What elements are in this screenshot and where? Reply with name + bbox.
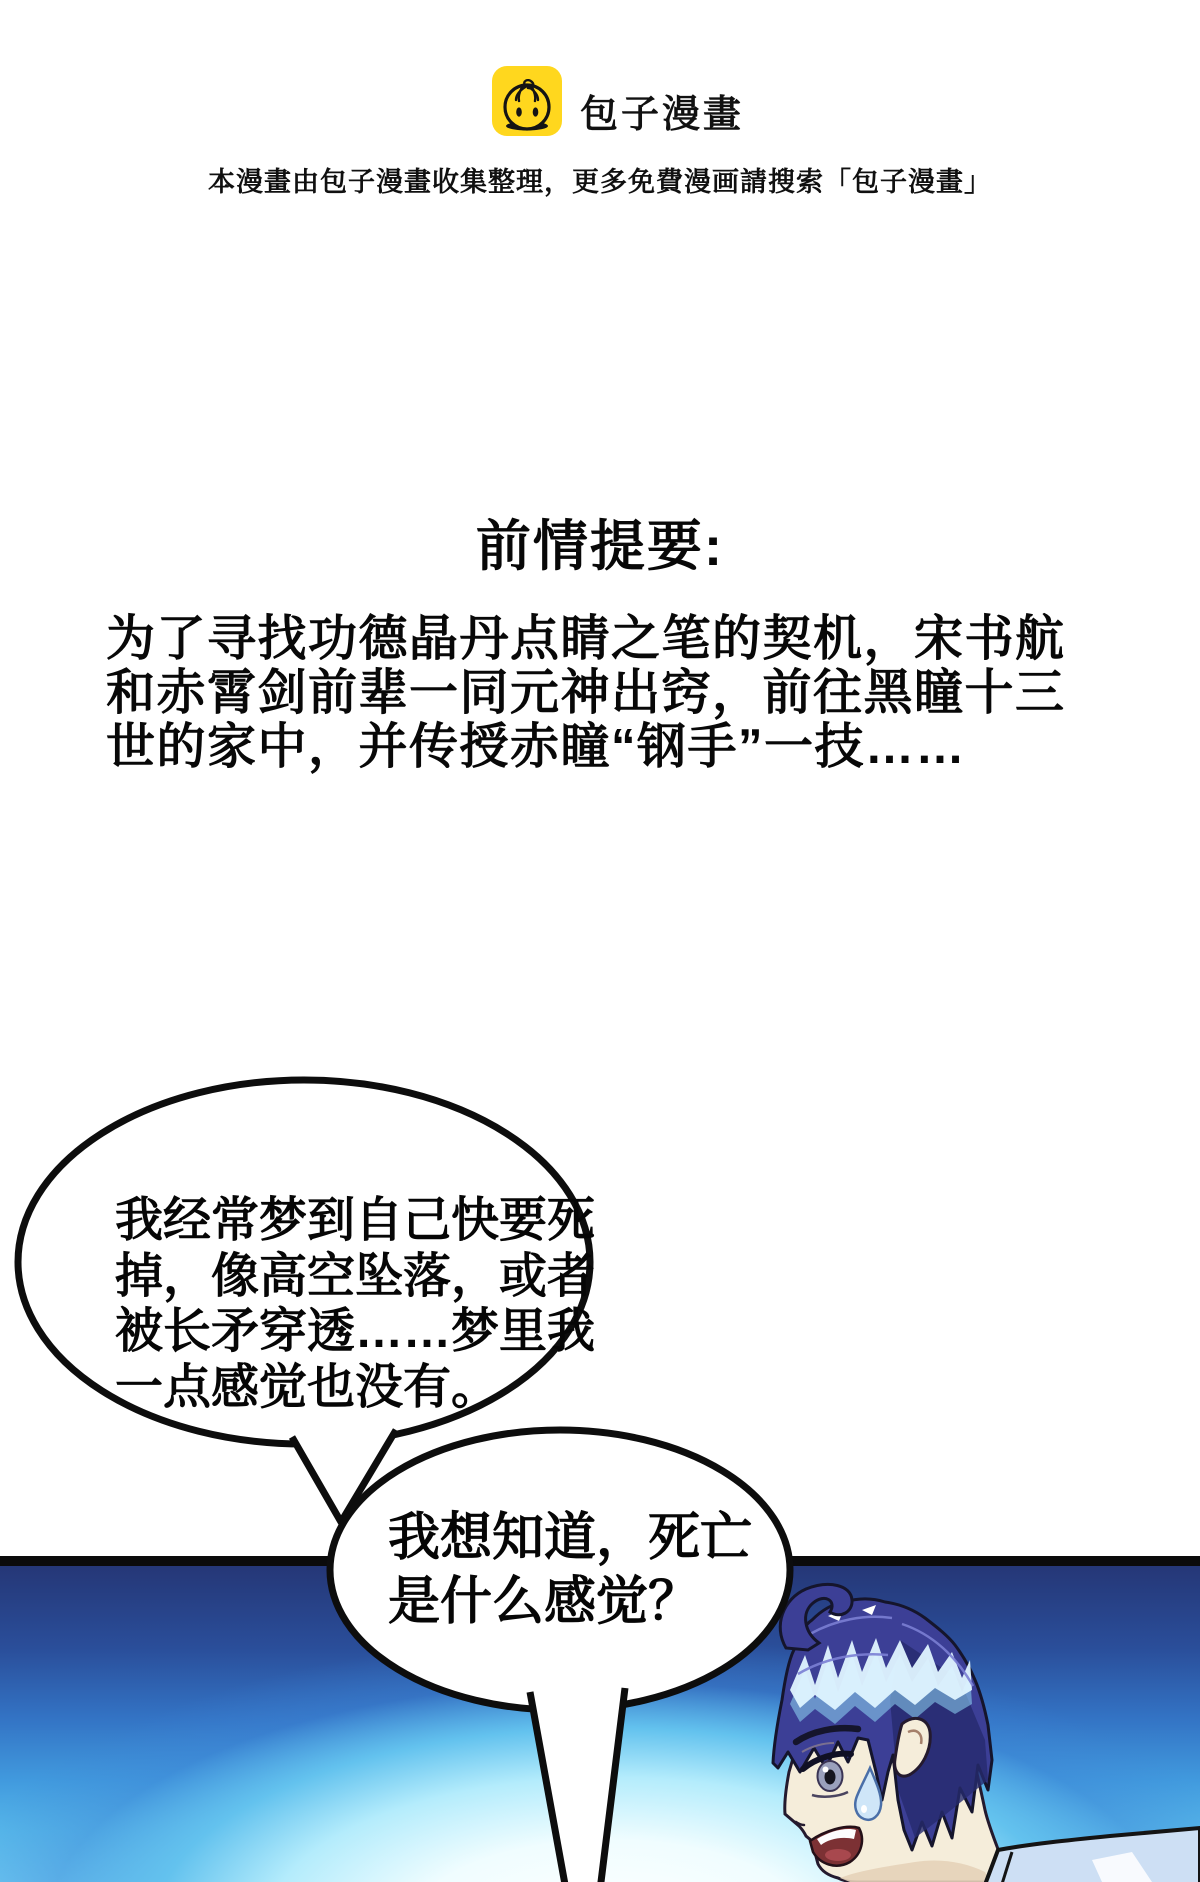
bubble-text-line: 一点感觉也没有。 — [115, 1360, 595, 1416]
comic-page: 包子漫畫 本漫畫由包子漫畫收集整理，更多免費漫画請搜索「包子漫畫」 前情提要: … — [0, 0, 1200, 1882]
bubble-text-line: 被长矛穿透……梦里我 — [115, 1304, 595, 1360]
recap-line: 和赤霄剑前辈一同元神出窍，前往黑瞳十三 — [106, 666, 1116, 720]
recap-paragraph: 为了寻找功德晶丹点睛之笔的契机，宋书航 和赤霄剑前辈一同元神出窍，前往黑瞳十三 … — [106, 612, 1116, 774]
bubble-text-line: 我想知道，死亡 — [388, 1506, 752, 1570]
brand-name: 包子漫畫 — [580, 83, 744, 138]
dream-bubble-text: 我经常梦到自己快要死 掉，像高空坠落，或者 被长矛穿透……梦里我 一点感觉也没有… — [115, 1193, 595, 1415]
bubble-text-line: 我经常梦到自己快要死 — [115, 1193, 595, 1249]
question-bubble-text: 我想知道，死亡 是什么感觉？ — [388, 1506, 752, 1634]
recap-line: 为了寻找功德晶丹点睛之笔的契机，宋书航 — [106, 612, 1116, 666]
character-shirt — [986, 1828, 1200, 1882]
bubble-text-line: 是什么感觉？ — [388, 1570, 752, 1634]
disclaimer-text: 本漫畫由包子漫畫收集整理，更多免費漫画請搜索「包子漫畫」 — [0, 160, 1200, 199]
baozi-bun-icon — [492, 66, 562, 136]
bubble-text-line: 掉，像高空坠落，或者 — [115, 1249, 595, 1305]
recap-line: 世的家中，并传授赤瞳“钢手”一技…… — [106, 720, 1116, 774]
character-illustration — [740, 1552, 1200, 1882]
recap-title: 前情提要: — [0, 502, 1200, 581]
